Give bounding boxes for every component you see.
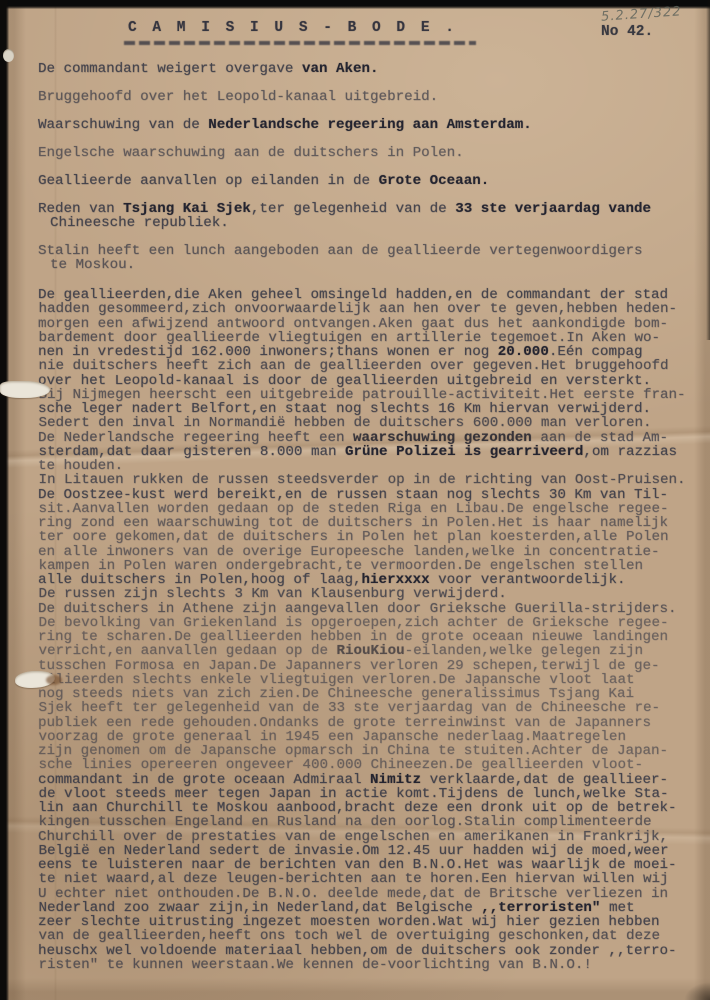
body-line: voorzag de grote generaal in 1945 een Ja… bbox=[39, 730, 705, 744]
scan-corner-shadow bbox=[684, 982, 710, 1000]
headline-line: Chineesche republiek. bbox=[38, 217, 651, 231]
body-line: Churchill over de prestaties van de enge… bbox=[38, 830, 704, 844]
scan-edge-right bbox=[706, 0, 710, 340]
body-line: en alle inwoners van de overige Europees… bbox=[38, 545, 704, 559]
body-line: De duitschers in Athene zijn aangevallen… bbox=[38, 602, 704, 616]
body-text: De geallieerden,die Aken geheel omsingel… bbox=[38, 288, 704, 972]
body-line: verricht,en aanvallen gedaan op de RiouK… bbox=[39, 644, 705, 658]
body-line: sit.Aanvallen worden gedaan op de steden… bbox=[39, 502, 705, 516]
body-line: lin aan Churchill te Moskou aanbood,brac… bbox=[38, 801, 704, 815]
headline: De commandant weigert overgave van Aken. bbox=[38, 63, 651, 77]
body-line: nen in vredestijd 162.000 inwoners;thans… bbox=[38, 345, 704, 359]
body-line: In Litauen rukken de russen steedsverder… bbox=[39, 473, 705, 487]
page-title: C A M I S I U S - B O D E . bbox=[128, 20, 457, 36]
headline-line: Engelsche waarschuwing aan de duitschers… bbox=[38, 147, 651, 161]
headline: Waarschuwing van de Nederlandsche regeer… bbox=[38, 119, 651, 133]
body-line: morgen een afwijzend antwoord ontvangen.… bbox=[38, 317, 704, 331]
headline-line: Bruggehoofd over het Leopold-kanaal uitg… bbox=[38, 91, 651, 105]
body-line: U echter niet onthouden.De B.N.O. deelde… bbox=[38, 887, 704, 901]
body-line: bardement door geallieerde vliegtuigen e… bbox=[39, 331, 705, 345]
headline: Bruggehoofd over het Leopold-kanaal uitg… bbox=[38, 91, 651, 105]
body-line: ring zond een waarschuwing tot de duitsc… bbox=[38, 516, 704, 530]
headline-line: De commandant weigert overgave van Aken. bbox=[38, 63, 651, 77]
title-underline bbox=[124, 41, 476, 45]
paper-tear bbox=[0, 381, 50, 398]
scan-edge-top bbox=[0, 0, 710, 9]
body-line: sche leger nadert Belfort,en staat nog s… bbox=[38, 402, 704, 416]
body-line: nie duitschers heeft zich aan de geallie… bbox=[39, 359, 705, 373]
headline: Reden van Tsjang Kai Sjek,ter gelegenhei… bbox=[38, 203, 651, 231]
document-page: 5.2.27/322 C A M I S I U S - B O D E . N… bbox=[0, 0, 710, 1000]
body-line: te houden. bbox=[38, 459, 704, 473]
body-line: De Oostzee-kust werd bereikt,en de russe… bbox=[38, 488, 704, 502]
body-line: eens te luisteren naar de berichten van … bbox=[38, 858, 704, 872]
body-line: kingen tusschen Engeland en Rusland na d… bbox=[39, 815, 705, 829]
headline-line: Waarschuwing van de Nederlandsche regeer… bbox=[38, 119, 651, 133]
body-line: risten" te kunnen weerstaan.We kennen de… bbox=[39, 958, 705, 972]
body-line: commandant in de grote oceaan Admiraal N… bbox=[38, 773, 704, 787]
issue-number: No 42. bbox=[601, 24, 653, 40]
body-line: Sedert den inval in Normandië hebben de … bbox=[39, 416, 705, 430]
body-line: hadden gesommeerd,zich onvoorwaardelijk … bbox=[39, 302, 705, 316]
body-line: De bevolking van Griekenland is opgeroep… bbox=[39, 616, 705, 630]
body-line: alle duitschers in Polen,hoog of laag,hi… bbox=[38, 573, 704, 587]
scan-edge-left bbox=[0, 0, 9, 1000]
body-line: Nederland zoo zwaar zijn,in Nederland,da… bbox=[39, 901, 705, 915]
body-line: publiek een rede gehouden.Ondanks de gro… bbox=[38, 716, 704, 730]
body-line: tusschen Formosa en Japan.De Japanners v… bbox=[38, 659, 704, 673]
body-line: kampen in Polen waren ondergebracht,te v… bbox=[39, 559, 705, 573]
body-line: Bij Nijmegen heerscht een uitgebreide pa… bbox=[39, 388, 705, 402]
body-line: België en Nederland sedert de invasie.Om… bbox=[39, 844, 705, 858]
body-line: zijn genomen om de Japansche opmarsch in… bbox=[38, 744, 704, 758]
body-line: Sjek heeft ter gelegenheid van de 33 ste… bbox=[39, 701, 705, 715]
headlines: De commandant weigert overgave van Aken.… bbox=[38, 63, 651, 287]
headline: Engelsche waarschuwing aan de duitschers… bbox=[38, 147, 651, 161]
body-line: De Nederlandsche regeering heeft een waa… bbox=[38, 431, 704, 445]
body-line: nog steeds niets van zich zien.De Chinee… bbox=[38, 687, 704, 701]
body-line: sterdam,dat daar gisteren 8.000 man Grün… bbox=[39, 445, 705, 459]
headline-line: te Moskou. bbox=[38, 259, 651, 273]
body-line: sche linies opereeren ongeveer 400.000 C… bbox=[39, 758, 705, 772]
body-line: De geallieerden,die Aken geheel omsingel… bbox=[38, 288, 704, 302]
body-line: ring te scharen.De geallieerden hebben i… bbox=[38, 630, 704, 644]
headline: Stalin heeft een lunch aangeboden aan de… bbox=[38, 245, 651, 273]
body-line: van de geallieerden,heeft ons toch wel d… bbox=[39, 929, 705, 943]
body-line: de vloot steeds meer tegen Japan in acti… bbox=[39, 787, 705, 801]
headline: Geallieerde aanvallen op eilanden in de … bbox=[38, 175, 651, 189]
body-line: heuschx wel voldoende materiaal hebben,o… bbox=[38, 944, 704, 958]
paper-smudge bbox=[46, 675, 62, 685]
body-line: over het Leopold-kanaal is door de geall… bbox=[38, 374, 704, 388]
body-line: De russen zijn slechts 3 Km van Klausenb… bbox=[39, 587, 705, 601]
body-line: ter oore gekomen,dat de duitschers in Po… bbox=[39, 530, 705, 544]
headline-line: Geallieerde aanvallen op eilanden in de … bbox=[38, 175, 651, 189]
body-line: allieerden slechts enkele vliegtuigen ve… bbox=[39, 673, 705, 687]
body-line: te niet waard,al deze leugen-berichten a… bbox=[39, 872, 705, 886]
paper-nick bbox=[3, 49, 14, 62]
body-line: zeer slechte uitrusting ingezet moesten … bbox=[38, 915, 704, 929]
